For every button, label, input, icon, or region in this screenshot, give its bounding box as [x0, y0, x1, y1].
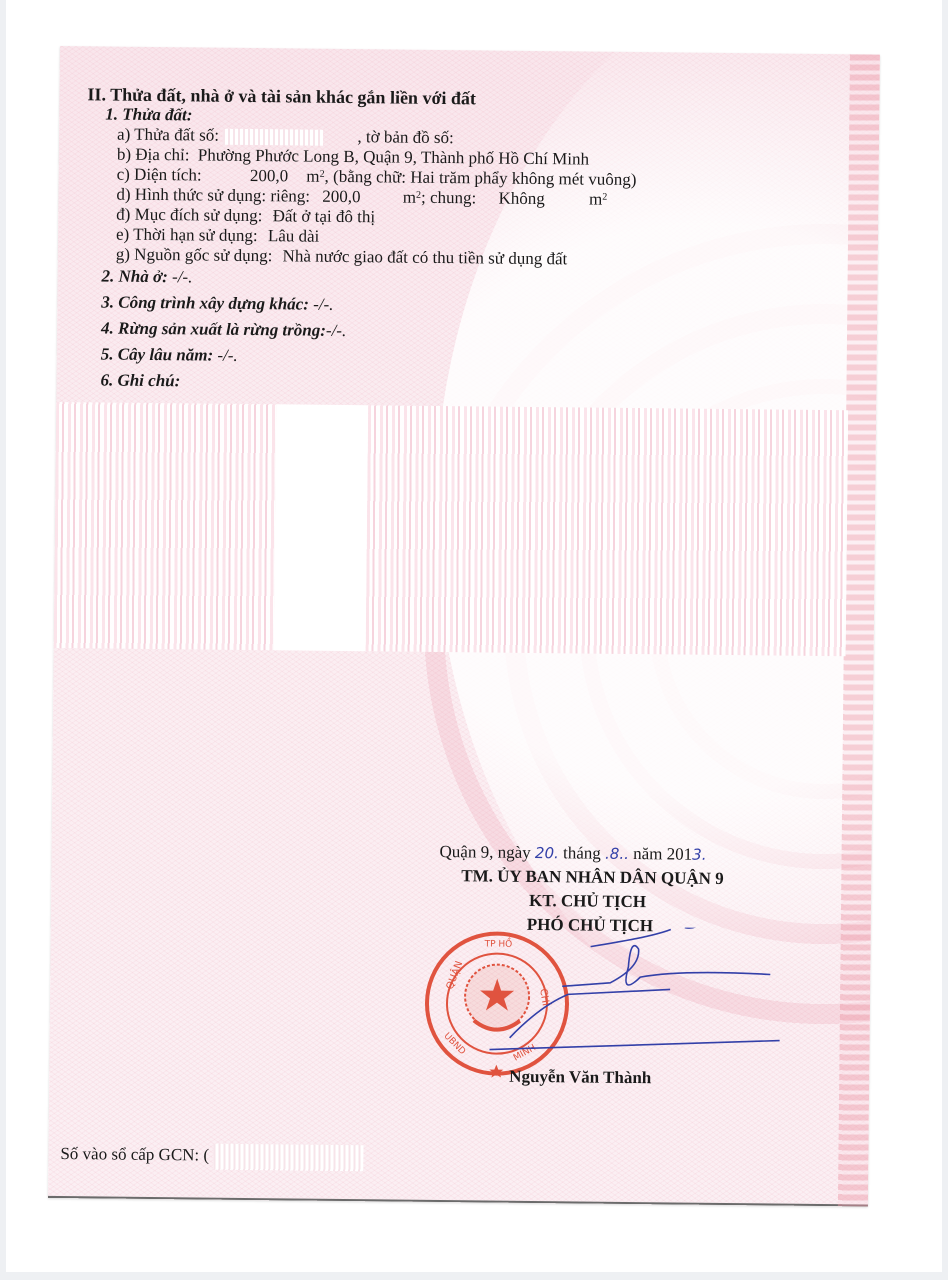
shared-label: ; chung:: [421, 188, 476, 208]
term-label: e) Thời hạn sử dụng:: [116, 225, 258, 245]
area-unit: m: [306, 167, 319, 186]
redacted-notes-right: [366, 405, 849, 656]
item-notes: 6. Ghi chú:: [100, 370, 180, 391]
origin-value: Nhà nước giao đất có thu tiền sử dụng đấ…: [283, 246, 568, 268]
signing-date: Quận 9, ngày 20. tháng .8.. năm 2013.: [439, 842, 706, 865]
item-other-construction-value: -/-.: [313, 295, 333, 314]
redacted-notes-gap: [274, 404, 369, 651]
item-notes-label: 6. Ghi chú:: [100, 370, 180, 390]
term-value: Lâu dài: [268, 226, 320, 246]
private-area-value: 200,0: [322, 187, 360, 206]
parcel-number-label: a) Thửa đất số:: [117, 125, 219, 145]
item-other-construction-label: 3. Công trình xây dựng khác:: [101, 292, 309, 313]
on-behalf-title: KT. CHỦ TỊCH: [529, 891, 646, 912]
area-unit-sup: 2: [320, 169, 325, 180]
area-value: 200,0: [250, 166, 288, 185]
area-label: c) Diện tích:: [117, 165, 202, 185]
signing-month-label: tháng: [563, 843, 601, 862]
area-in-words: , (bằng chữ: Hai trăm phẩy không mét vuô…: [325, 167, 637, 189]
registry-number-label: Số vào sổ cấp GCN: (: [60, 1144, 209, 1165]
purpose-label: đ) Mục đích sử dụng:: [116, 205, 262, 226]
signing-day: 20.: [535, 844, 559, 862]
signer-name: Nguyễn Văn Thành: [509, 1067, 651, 1088]
stamp-text-left: QUẬN: [443, 959, 466, 991]
redacted-parcel-number: [223, 129, 323, 146]
term-row: e) Thời hạn sử dụng: Lâu dài: [116, 225, 320, 247]
parcel-heading: 1. Thửa đất:: [105, 104, 192, 125]
item-perennial-trees: 5. Cây lâu năm: -/-.: [101, 344, 238, 365]
item-production-forest: 4. Rừng sản xuất là rừng trồng:-/-.: [101, 318, 346, 341]
redacted-notes-left: [54, 402, 277, 650]
origin-label: g) Nguồn gốc sử dụng:: [116, 245, 273, 266]
item-production-forest-value: -/-.: [326, 321, 346, 340]
signing-year-digit: 3.: [692, 846, 707, 864]
item-perennial-trees-label: 5. Cây lâu năm:: [101, 344, 214, 364]
item-perennial-trees-value: -/-.: [217, 346, 237, 365]
private-area-unit: m: [403, 188, 416, 207]
item-house-value: -/-.: [172, 267, 192, 286]
item-house: 2. Nhà ở: -/-.: [101, 266, 192, 287]
handwritten-signature-icon: [469, 925, 800, 1058]
purpose-row: đ) Mục đích sử dụng: Đất ở tại đô thị: [116, 205, 375, 228]
private-area-unit-sup: 2: [416, 190, 421, 201]
map-sheet-label: , tờ bản đồ số:: [357, 127, 454, 147]
origin-row: g) Nguồn gốc sử dụng: Nhà nước giao đất …: [116, 245, 568, 270]
shared-unit-sup: 2: [602, 192, 607, 203]
signing-year-label: năm 201: [633, 844, 692, 864]
authority-title: TM. ỦY BAN NHÂN DÂN QUẬN 9: [461, 866, 724, 889]
shared-unit: m: [589, 190, 602, 209]
signing-month: .8..: [605, 845, 629, 863]
usage-form-label: d) Hình thức sử dụng: riêng:: [116, 185, 310, 206]
land-use-certificate-page: II. Thửa đất, nhà ở và tài sản khác gắn …: [48, 46, 880, 1207]
item-house-label: 2. Nhà ở:: [101, 266, 167, 286]
purpose-value: Đất ở tại đô thị: [273, 206, 376, 226]
registry-number-row: Số vào sổ cấp GCN: (: [60, 1142, 363, 1171]
item-other-construction: 3. Công trình xây dựng khác: -/-.: [101, 292, 333, 314]
item-production-forest-label: 4. Rừng sản xuất là rừng trồng:: [101, 318, 326, 339]
shared-value: Không: [498, 189, 544, 208]
signing-date-prefix: Quận 9, ngày: [439, 842, 530, 862]
address-label: b) Địa chỉ:: [117, 145, 190, 165]
redacted-registry-number: [213, 1144, 363, 1172]
